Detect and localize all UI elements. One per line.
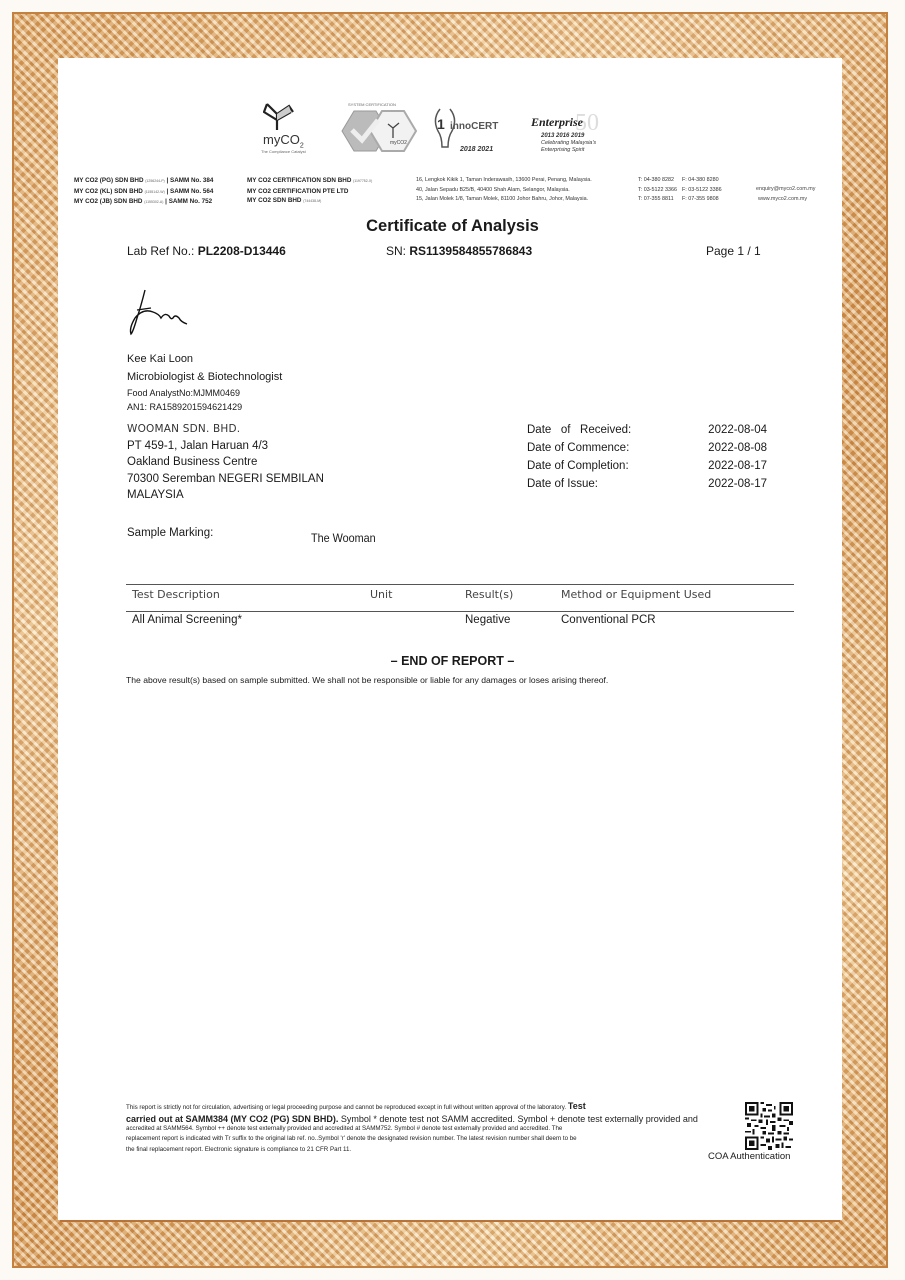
- sample-marking-value: The Wooman: [311, 531, 376, 545]
- customer-address-line: Oakland Business Centre: [127, 454, 324, 471]
- company-kl: MY CO2 (KL) SDN BHD (1155142-W) | SAMM N…: [74, 187, 213, 198]
- table-top-rule: [126, 584, 794, 585]
- company-pg: MY CO2 (PG) SDN BHD (1256244-P) | SAMM N…: [74, 176, 213, 187]
- date-completion: Date of Completion:2022-08-17: [527, 457, 767, 475]
- company-list: MY CO2 (PG) SDN BHD (1256244-P) | SAMM N…: [74, 176, 213, 208]
- customer-block: WOOMAN SDN. BHD. PT 459-1, Jalan Haruan …: [127, 421, 324, 504]
- analyst-block: Kee Kai Loon Microbiologist & Biotechnol…: [127, 350, 282, 414]
- svg-text:2018 2021: 2018 2021: [459, 146, 493, 153]
- system-certification-logo: SYSTEM CERTIFICATION myCO2: [338, 102, 420, 154]
- signature-image: [125, 288, 195, 338]
- enterprise-50-mark-icon: 50 Enterprise 2013 2016 2019 Celebrating…: [527, 108, 627, 156]
- lab-ref: Lab Ref No.: PL2208-D13446: [127, 244, 286, 258]
- date-commence: Date of Commence:2022-08-08: [527, 439, 767, 457]
- table-header-method: Method or Equipment Used: [561, 588, 711, 601]
- customer-address-line: 70300 Seremban NEGERI SEMBILAN: [127, 471, 324, 488]
- footer-notes: This report is strictly not for circulat…: [126, 1101, 716, 1155]
- date-received: Date of Received:2022-08-04: [527, 421, 767, 439]
- certification-company-list: MY CO2 CERTIFICATION SDN BHD (1197752-X)…: [247, 176, 372, 207]
- table-header-test-description: Test Description: [132, 588, 220, 601]
- svg-text:1: 1: [437, 116, 445, 132]
- myco2-logo: myCO2 The Compliance Catalyst: [255, 102, 317, 158]
- svg-text:Enterprise: Enterprise: [530, 115, 584, 129]
- table-header-unit: Unit: [370, 588, 392, 601]
- svg-text:myCO2: myCO2: [390, 140, 407, 146]
- cell-result: Negative: [465, 614, 510, 626]
- myco2-tagline: The Compliance Catalyst: [261, 149, 306, 154]
- customer-company: WOOMAN SDN. BHD.: [127, 421, 324, 438]
- telephone-list: T: 04-380 8282 T: 03-5122 3366 T: 07-355…: [638, 176, 677, 205]
- analyst-title: Microbiologist & Biotechnologist: [127, 368, 282, 386]
- lab-ref-value: PL2208-D13446: [198, 244, 286, 258]
- myco2-logo-text: myCO2: [263, 132, 304, 150]
- svg-text:Celebrating Malaysia's: Celebrating Malaysia's: [541, 140, 596, 146]
- sample-marking-label: Sample Marking:: [127, 527, 213, 539]
- enterprise-50-logo: 50 Enterprise 2013 2016 2019 Celebrating…: [527, 108, 627, 156]
- disclaimer-text: The above result(s) based on sample subm…: [126, 675, 608, 685]
- company-jb: MY CO2 (JB) SDN BHD (1155302-A) | SAMM N…: [74, 197, 213, 208]
- table-header-rule: [126, 611, 794, 612]
- customer-address-line: PT 459-1, Jalan Haruan 4/3: [127, 438, 324, 455]
- dates-block: Date of Received:2022-08-04 Date of Comm…: [527, 421, 767, 493]
- date-issue: Date of Issue:2022-08-17: [527, 475, 767, 493]
- website-link[interactable]: www.myco2.com.my: [756, 195, 815, 205]
- serial-number-value: RS1139584855786843: [409, 244, 532, 258]
- innocert-logo: 1 innoCERT 2018 2021: [430, 105, 510, 157]
- analyst-name: Kee Kai Loon: [127, 350, 282, 368]
- email-link[interactable]: enquiry@myco2.com.my: [756, 185, 815, 195]
- page-number: Page 1 / 1: [706, 244, 761, 258]
- svg-text:Enterprising Spirit: Enterprising Spirit: [541, 147, 585, 153]
- myco2-mark-icon: [263, 102, 297, 132]
- food-analyst-no: Food AnalystNo:MJMM0469: [127, 386, 282, 400]
- customer-address-line: MALAYSIA: [127, 487, 324, 504]
- address-list: 16, Lengkok Kikik 1, Taman Inderawasih, …: [416, 176, 592, 205]
- cell-method: Conventional PCR: [561, 614, 656, 626]
- innocert-bulb-icon: 1 innoCERT 2018 2021: [430, 105, 510, 157]
- qr-caption: COA Authentication: [708, 1151, 790, 1162]
- serial-number: SN: RS1139584855786843: [386, 244, 532, 258]
- qr-code-icon[interactable]: [745, 1102, 793, 1150]
- contact-web: enquiry@myco2.com.my www.myco2.com.my: [756, 185, 815, 204]
- fax-list: F: 04-380 8280 F: 03-5122 3386 F: 07-355…: [682, 176, 722, 205]
- end-of-report: – END OF REPORT –: [0, 654, 905, 668]
- table-header-results: Result(s): [465, 588, 513, 601]
- an1-number: AN1: RA1589201594621429: [127, 400, 282, 414]
- certification-hexagon-icon: myCO2: [338, 106, 420, 156]
- svg-text:innoCERT: innoCERT: [450, 121, 498, 132]
- document-title: Certificate of Analysis: [0, 217, 905, 236]
- cell-test-description: All Animal Screening*: [132, 614, 242, 626]
- svg-text:2013 2016 2019: 2013 2016 2019: [540, 133, 585, 139]
